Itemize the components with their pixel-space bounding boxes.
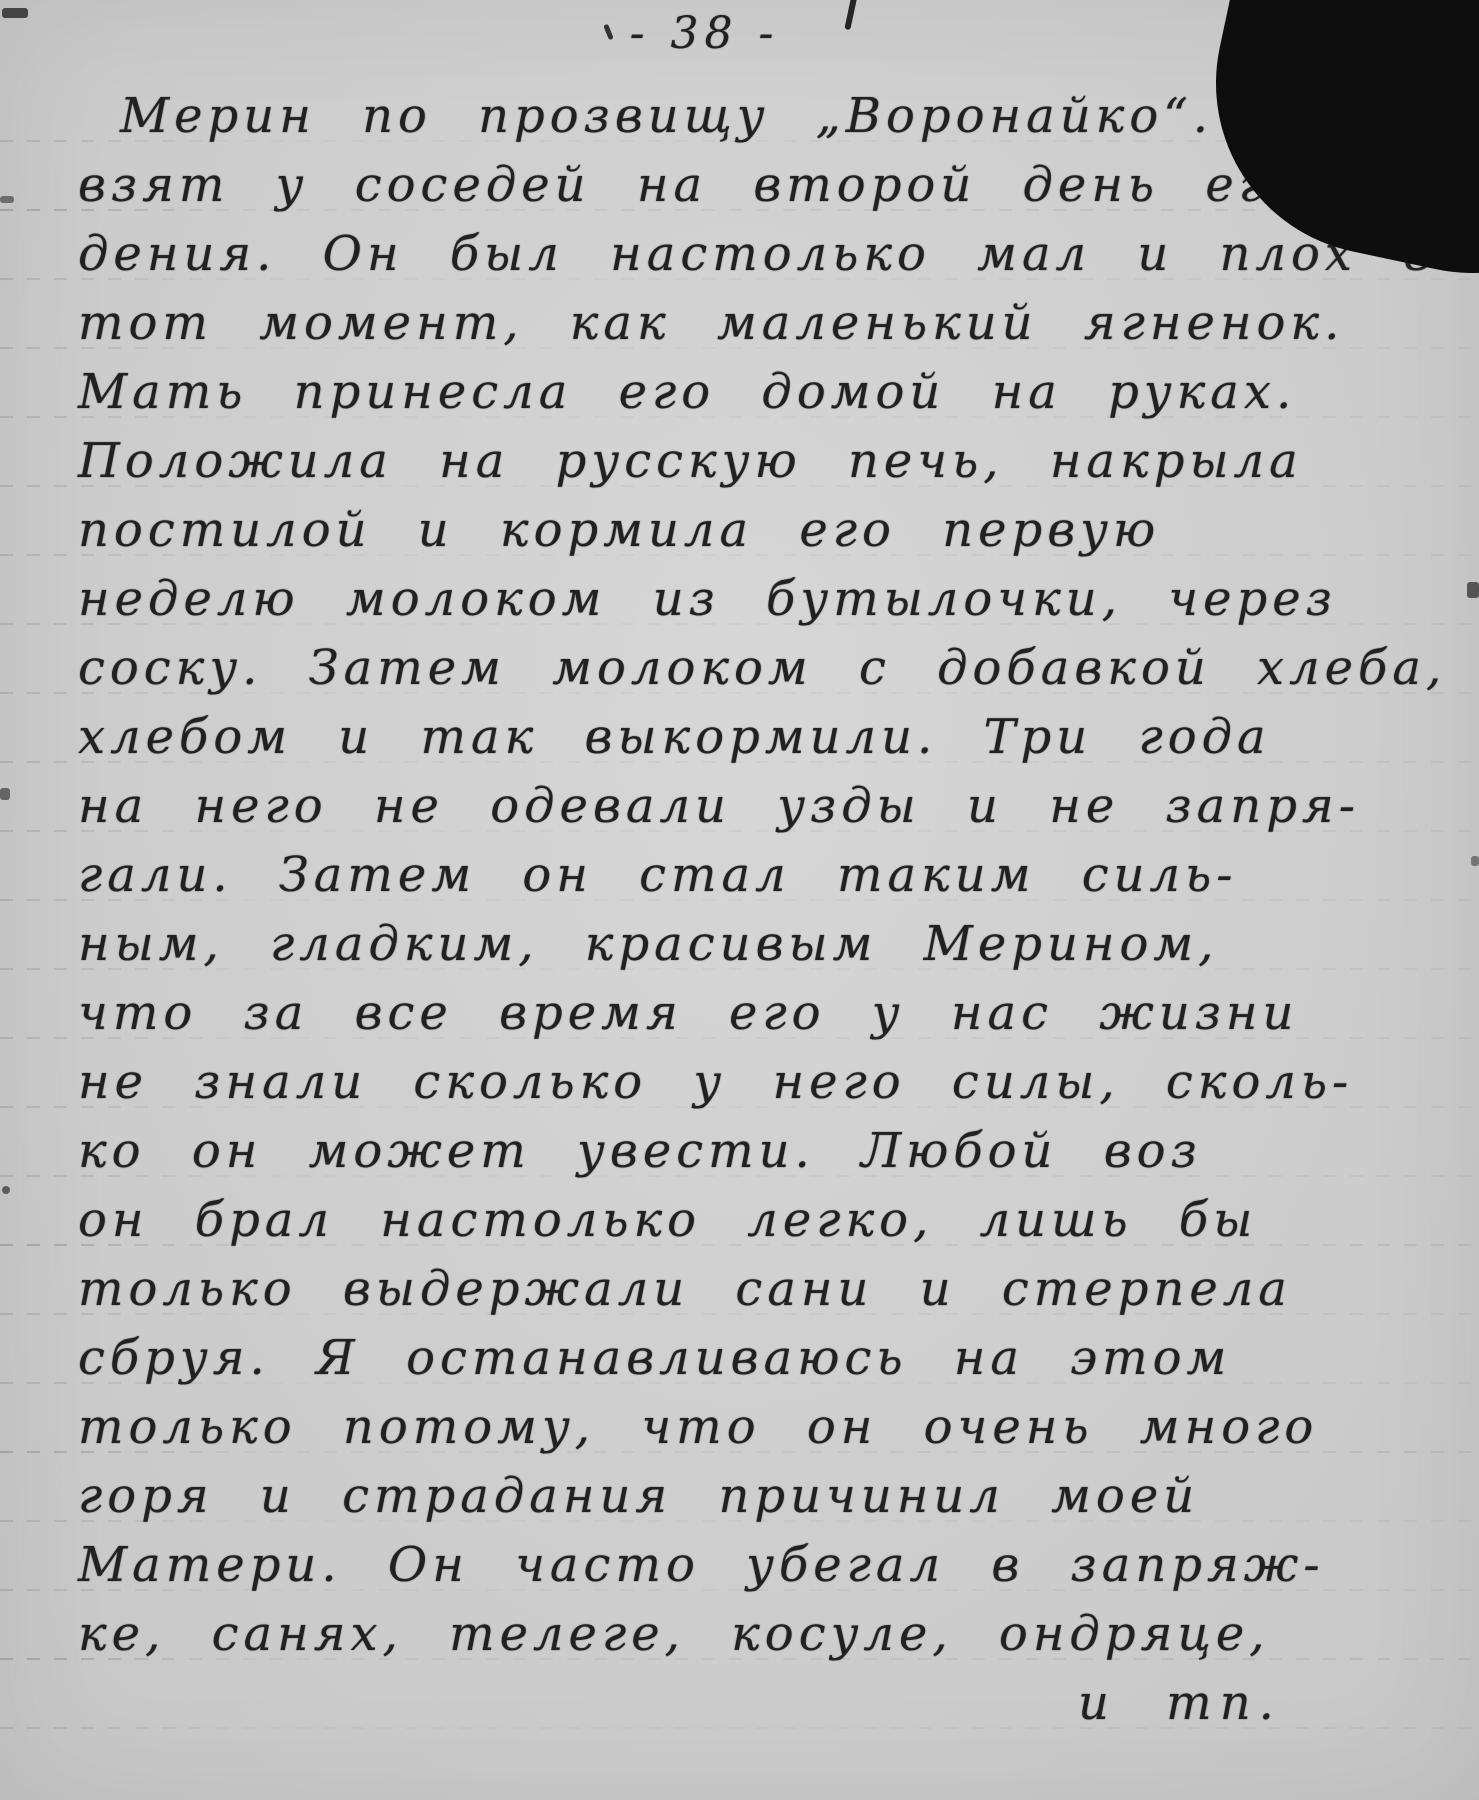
text-line: горя и страдания причинил моей <box>78 1462 1479 1531</box>
text-line: что за все время его у нас жизни <box>78 979 1479 1048</box>
text-line: Мать принесла его домой на руках. <box>78 358 1479 427</box>
text-line: неделю молоком из бутылочки, через <box>78 565 1479 634</box>
text-line: гали. Затем он стал таким силь- <box>78 841 1479 910</box>
text-line: тот момент, как маленький ягненок. <box>78 289 1479 358</box>
scan-artifact-edge-mark <box>1471 856 1479 866</box>
text-line: Матери. Он часто убегал в запряж- <box>78 1531 1479 1600</box>
text-line: постилой и кормила его первую <box>78 496 1479 565</box>
scan-artifact-edge-mark <box>2 8 28 18</box>
text-line: дения. Он был настолько мал и плох в <box>78 220 1479 289</box>
text-line: ке, санях, телеге, косуле, ондряце, <box>78 1600 1479 1669</box>
text-line: соску. Затем молоком с добавкой хлеба, <box>78 634 1479 703</box>
manuscript-text: Мерин по прозвищу „Воронайко“. Былвзят у… <box>0 82 1479 1738</box>
text-line: только потому, что он очень много <box>78 1393 1479 1462</box>
text-line: он брал настолько легко, лишь бы <box>78 1186 1479 1255</box>
text-line: Положила на русскую печь, накрыла <box>78 427 1479 496</box>
scanned-page: - 38 - Мерин по прозвищу „Воронайко“. Бы… <box>0 0 1479 1800</box>
scan-artifact-edge-mark <box>0 788 10 800</box>
text-line: хлебом и так выкормили. Три года <box>78 703 1479 772</box>
text-line: ко он может увести. Любой воз <box>78 1117 1479 1186</box>
text-line: на него не одевали узды и не запря- <box>78 772 1479 841</box>
text-line: не знали сколько у него силы, сколь- <box>78 1048 1479 1117</box>
text-line: только выдержали сани и стерпела <box>78 1255 1479 1324</box>
text-line: сбруя. Я останавливаюсь на этом <box>78 1324 1479 1393</box>
scan-artifact-edge-mark <box>0 196 14 203</box>
text-line: ным, гладким, красивым Мерином, <box>78 910 1479 979</box>
text-line: и тп. <box>78 1669 1479 1738</box>
scan-artifact-edge-mark <box>2 1186 10 1194</box>
scan-artifact-edge-mark <box>1467 582 1479 598</box>
